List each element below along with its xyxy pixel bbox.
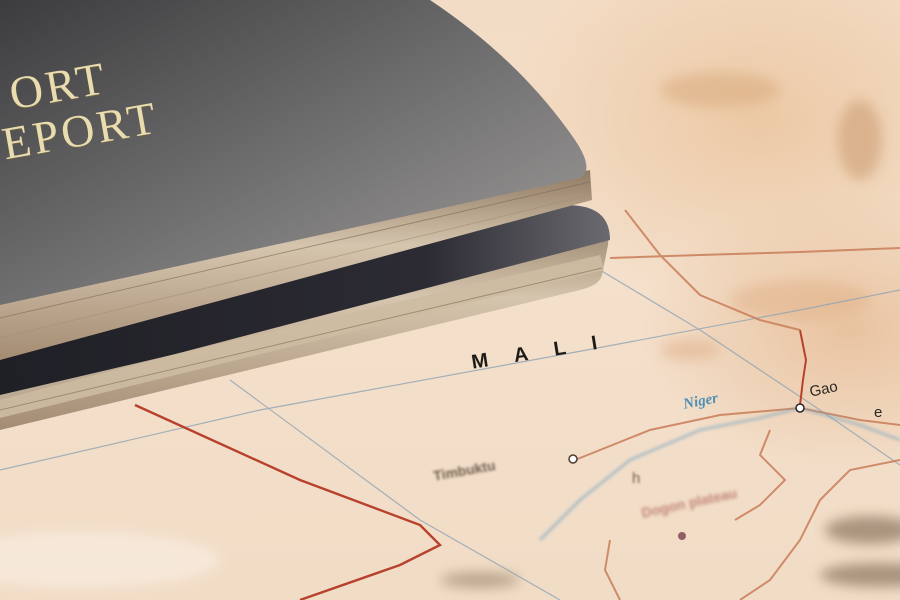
timbuktu-city-marker — [569, 455, 577, 463]
city-marker — [678, 532, 686, 540]
photo-scene: ORT EPORT MALI Niger Gao e Timbuktu h Do… — [0, 0, 900, 600]
partial-label-e: e — [874, 404, 882, 421]
gao-city-marker — [796, 404, 804, 412]
partial-label-h: h — [632, 470, 640, 487]
border-line — [800, 330, 806, 405]
